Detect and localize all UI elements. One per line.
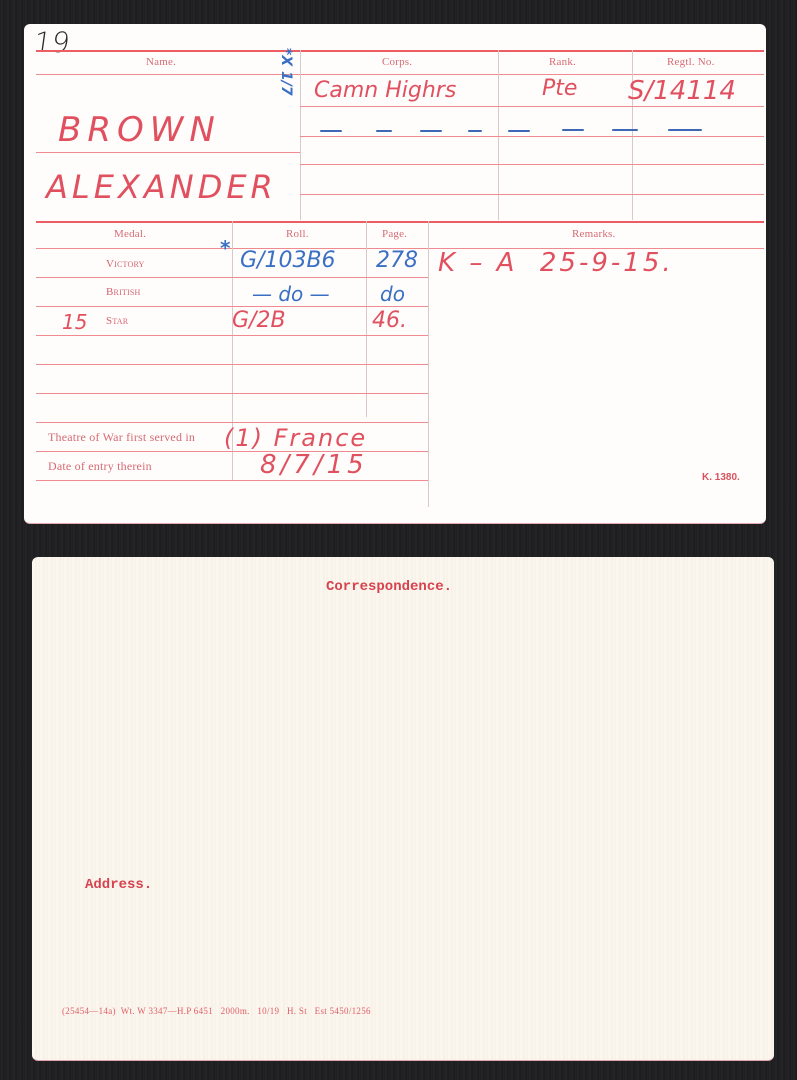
medal-index-card-back: Correspondence. Address. (25454—14a) Wt.… (32, 557, 774, 1061)
divider-page-remarks (428, 221, 429, 507)
regt-no-value: S/14114 (628, 76, 736, 106)
correspondence-heading: Correspondence. (326, 579, 452, 595)
surname: BROWN (58, 110, 221, 150)
ditto-dash (668, 129, 702, 131)
ditto-dash (468, 130, 482, 132)
rule-row-3 (300, 164, 764, 165)
header-remarks: Remarks. (572, 228, 615, 240)
rule-medal-row (36, 364, 428, 365)
rule-surname (36, 152, 300, 153)
header-roll: Roll. (286, 228, 309, 240)
rule-top (36, 50, 764, 52)
ditto-dash (612, 129, 638, 131)
rule-medal-row (36, 277, 428, 278)
rule-row-1 (300, 106, 764, 107)
medal-name: British (106, 286, 141, 298)
rank-value: Pte (542, 76, 577, 101)
divider-roll-page (366, 221, 367, 417)
theatre-value: (1) France (224, 424, 367, 452)
header-corps: Corps. (382, 56, 412, 68)
rule-row-4 (300, 194, 764, 195)
forenames: ALEXANDER (46, 168, 277, 206)
rule-medal-row (36, 393, 428, 394)
roll-value: G/103B6 (240, 248, 336, 273)
ditto-dash (420, 130, 442, 132)
page-value: 278 (376, 248, 418, 273)
rule-row-2 (300, 136, 764, 137)
form-code: K. 1380. (702, 472, 740, 483)
rule-medal-row (36, 422, 428, 423)
roll-value: G/2B (232, 308, 286, 333)
address-label: Address. (85, 877, 152, 893)
medal-prefix: 15 (62, 310, 87, 334)
rule-medal-row (36, 306, 428, 307)
header-name: Name. (146, 56, 176, 68)
rule-header-bottom (36, 74, 764, 75)
header-regt-no: Regtl. No. (667, 56, 715, 68)
date-label: Date of entry therein (48, 459, 152, 474)
remarks-value: K – A 25-9-15. (438, 248, 674, 278)
page-value: do (380, 282, 405, 306)
medal-name: Star (106, 315, 128, 327)
header-page: Page. (382, 228, 407, 240)
ditto-dash (320, 130, 342, 132)
corps-value: Camn Highrs (314, 78, 456, 103)
rule-medal-top (36, 221, 764, 223)
rule-date (36, 480, 428, 481)
corner-number: 19 (32, 26, 72, 59)
header-medal: Medal. (114, 228, 146, 240)
printer-imprint: (25454—14a) Wt. W 3347—H.P 6451 2000m. 1… (62, 1006, 371, 1016)
header-rank: Rank. (549, 56, 576, 68)
date-value: 8/7/15 (260, 450, 368, 480)
theatre-label: Theatre of War first served in (48, 430, 195, 445)
roll-marker: * (220, 236, 230, 260)
medal-name: Victory (106, 258, 145, 270)
medal-index-card-front: 19 Name. Corps. Rank. Regtl. No. BROWN A… (24, 24, 766, 524)
ditto-dash (562, 129, 584, 131)
rule-medal-row (36, 335, 428, 336)
ditto-dash (508, 130, 530, 132)
margin-mark: *X 1/7 (278, 48, 294, 96)
roll-value: — do — (252, 282, 330, 306)
page-value: 46. (372, 308, 407, 333)
ditto-dash (376, 130, 392, 132)
